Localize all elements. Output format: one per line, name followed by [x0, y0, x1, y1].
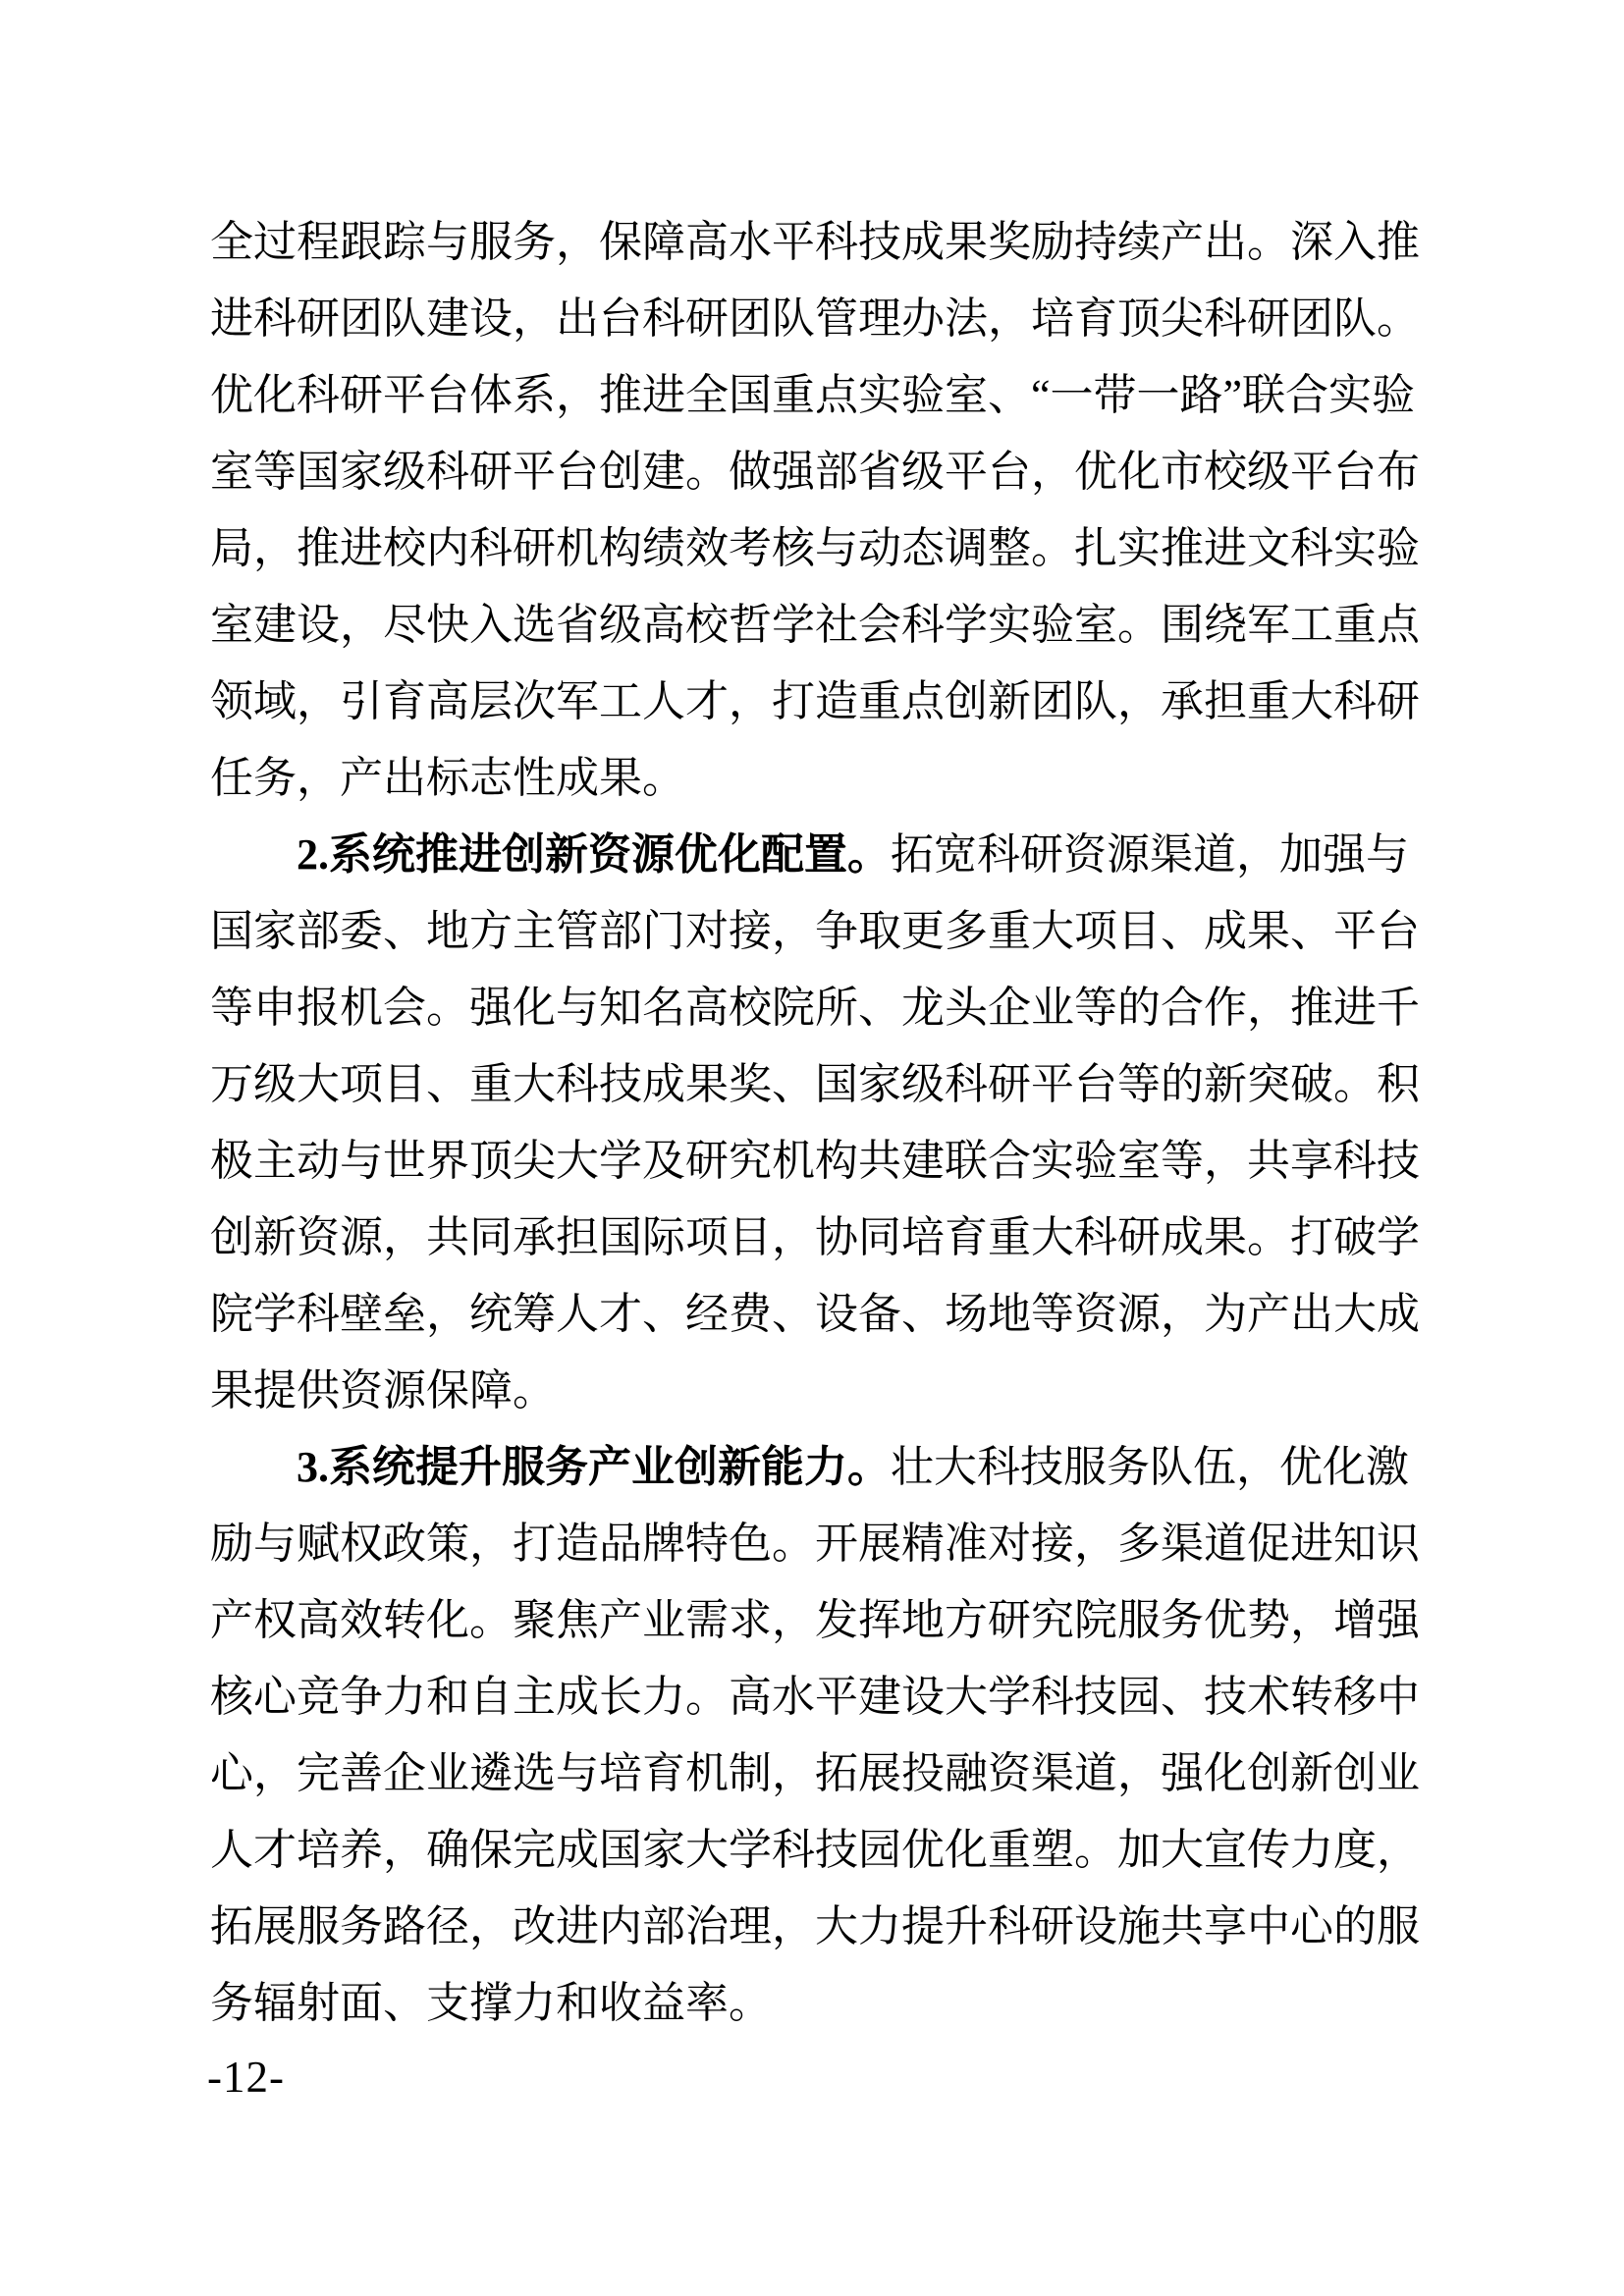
text-segment: 任务，产出标志性成果。 [210, 754, 685, 802]
text-segment: 人才培养，确保完成国家大学科技园优化重塑。加大宣传力度， [210, 1826, 1420, 1874]
text-segment: 国家部委、地方主管部门对接，争取更多重大项目、成果、平台 [210, 907, 1420, 955]
text-segment: 万级大项目、重大科技成果奖、国家级科研平台等的新突破。积 [210, 1060, 1420, 1108]
text-segment: 进科研团队建设，出台科研团队管理办法，培育顶尖科研团队。 [210, 294, 1420, 343]
text-segment: 创新资源，共同承担国际项目，协同培育重大科研成果。打破学 [210, 1213, 1420, 1261]
text-line: 室建设，尽快入选省级高校哲学社会科学实验室。围绕军工重点 [210, 587, 1428, 664]
section-heading-segment: 3.系统提升服务产业创新能力。 [297, 1443, 891, 1491]
text-line: 室等国家级科研平台创建。做强部省级平台，优化市校级平台布 [210, 434, 1428, 510]
text-line: 等申报机会。强化与知名高校院所、龙头企业等的合作，推进千 [210, 970, 1428, 1046]
text-segment: 励与赋权政策，打造品牌特色。开展精准对接，多渠道促进知识 [210, 1520, 1420, 1568]
text-segment: 果提供资源保障。 [210, 1366, 556, 1415]
text-line: 局，推进校内科研机构绩效考核与动态调整。扎实推进文科实验 [210, 510, 1428, 587]
text-segment: 极主动与世界顶尖大学及研究机构共建联合实验室等，共享科技 [210, 1137, 1420, 1185]
text-segment: 全过程跟踪与服务，保障高水平科技成果奖励持续产出。深入推 [210, 218, 1420, 266]
text-line: 万级大项目、重大科技成果奖、国家级科研平台等的新突破。积 [210, 1046, 1428, 1123]
section-heading-segment: 2.系统推进创新资源优化配置。 [297, 830, 891, 879]
document-body: 全过程跟踪与服务，保障高水平科技成果奖励持续产出。深入推进科研团队建设，出台科研… [210, 204, 1428, 2042]
text-segment: 院学科壁垒，统筹人才、经费、设备、场地等资源，为产出大成 [210, 1290, 1420, 1338]
text-line: 极主动与世界顶尖大学及研究机构共建联合实验室等，共享科技 [210, 1123, 1428, 1200]
text-segment: 领域，引育高层次军工人才，打造重点创新团队，承担重大科研 [210, 677, 1420, 725]
text-segment: 壮大科技服务队伍，优化激 [891, 1443, 1409, 1491]
text-segment: 局，推进校内科研机构绩效考核与动态调整。扎实推进文科实验 [210, 524, 1420, 572]
text-line: 务辐射面、支撑力和收益率。 [210, 1965, 1428, 2042]
text-segment: 拓展服务路径，改进内部治理，大力提升科研设施共享中心的服 [210, 1902, 1420, 1950]
text-segment: 心，完善企业遴选与培育机制，拓展投融资渠道，强化创新创业 [210, 1749, 1420, 1797]
text-line: 领域，引育高层次军工人才，打造重点创新团队，承担重大科研 [210, 664, 1428, 740]
text-segment: 拓宽科研资源渠道，加强与 [891, 830, 1409, 879]
text-line: 核心竞争力和自主成长力。高水平建设大学科技园、技术转移中 [210, 1659, 1428, 1735]
page-number: -12- [207, 2054, 285, 2101]
text-line: 国家部委、地方主管部门对接，争取更多重大项目、成果、平台 [210, 893, 1428, 970]
text-line: 2.系统推进创新资源优化配置。拓宽科研资源渠道，加强与 [210, 817, 1428, 893]
text-line: 励与赋权政策，打造品牌特色。开展精准对接，多渠道促进知识 [210, 1506, 1428, 1582]
text-line: 3.系统提升服务产业创新能力。壮大科技服务队伍，优化激 [210, 1429, 1428, 1506]
text-segment: 室建设，尽快入选省级高校哲学社会科学实验室。围绕军工重点 [210, 601, 1420, 649]
document-page: 全过程跟踪与服务，保障高水平科技成果奖励持续产出。深入推进科研团队建设，出台科研… [0, 0, 1624, 2296]
text-line: 进科研团队建设，出台科研团队管理办法，培育顶尖科研团队。 [210, 281, 1428, 357]
text-line: 心，完善企业遴选与培育机制，拓展投融资渠道，强化创新创业 [210, 1735, 1428, 1812]
text-segment: 优化科研平台体系，推进全国重点实验室、“一带一路”联合实验 [210, 371, 1415, 419]
text-segment: 产权高效转化。聚焦产业需求，发挥地方研究院服务优势，增强 [210, 1596, 1420, 1644]
text-line: 产权高效转化。聚焦产业需求，发挥地方研究院服务优势，增强 [210, 1582, 1428, 1659]
text-segment: 等申报机会。强化与知名高校院所、龙头企业等的合作，推进千 [210, 984, 1420, 1032]
text-line: 拓展服务路径，改进内部治理，大力提升科研设施共享中心的服 [210, 1889, 1428, 1965]
text-line: 果提供资源保障。 [210, 1353, 1428, 1429]
text-line: 创新资源，共同承担国际项目，协同培育重大科研成果。打破学 [210, 1200, 1428, 1276]
text-line: 院学科壁垒，统筹人才、经费、设备、场地等资源，为产出大成 [210, 1276, 1428, 1353]
text-line: 人才培养，确保完成国家大学科技园优化重塑。加大宣传力度， [210, 1812, 1428, 1889]
text-line: 全过程跟踪与服务，保障高水平科技成果奖励持续产出。深入推 [210, 204, 1428, 281]
text-segment: 核心竞争力和自主成长力。高水平建设大学科技园、技术转移中 [210, 1673, 1420, 1721]
text-segment: 室等国家级科研平台创建。做强部省级平台，优化市校级平台布 [210, 448, 1420, 496]
text-line: 任务，产出标志性成果。 [210, 740, 1428, 817]
text-line: 优化科研平台体系，推进全国重点实验室、“一带一路”联合实验 [210, 357, 1428, 434]
text-segment: 务辐射面、支撑力和收益率。 [210, 1979, 772, 2027]
